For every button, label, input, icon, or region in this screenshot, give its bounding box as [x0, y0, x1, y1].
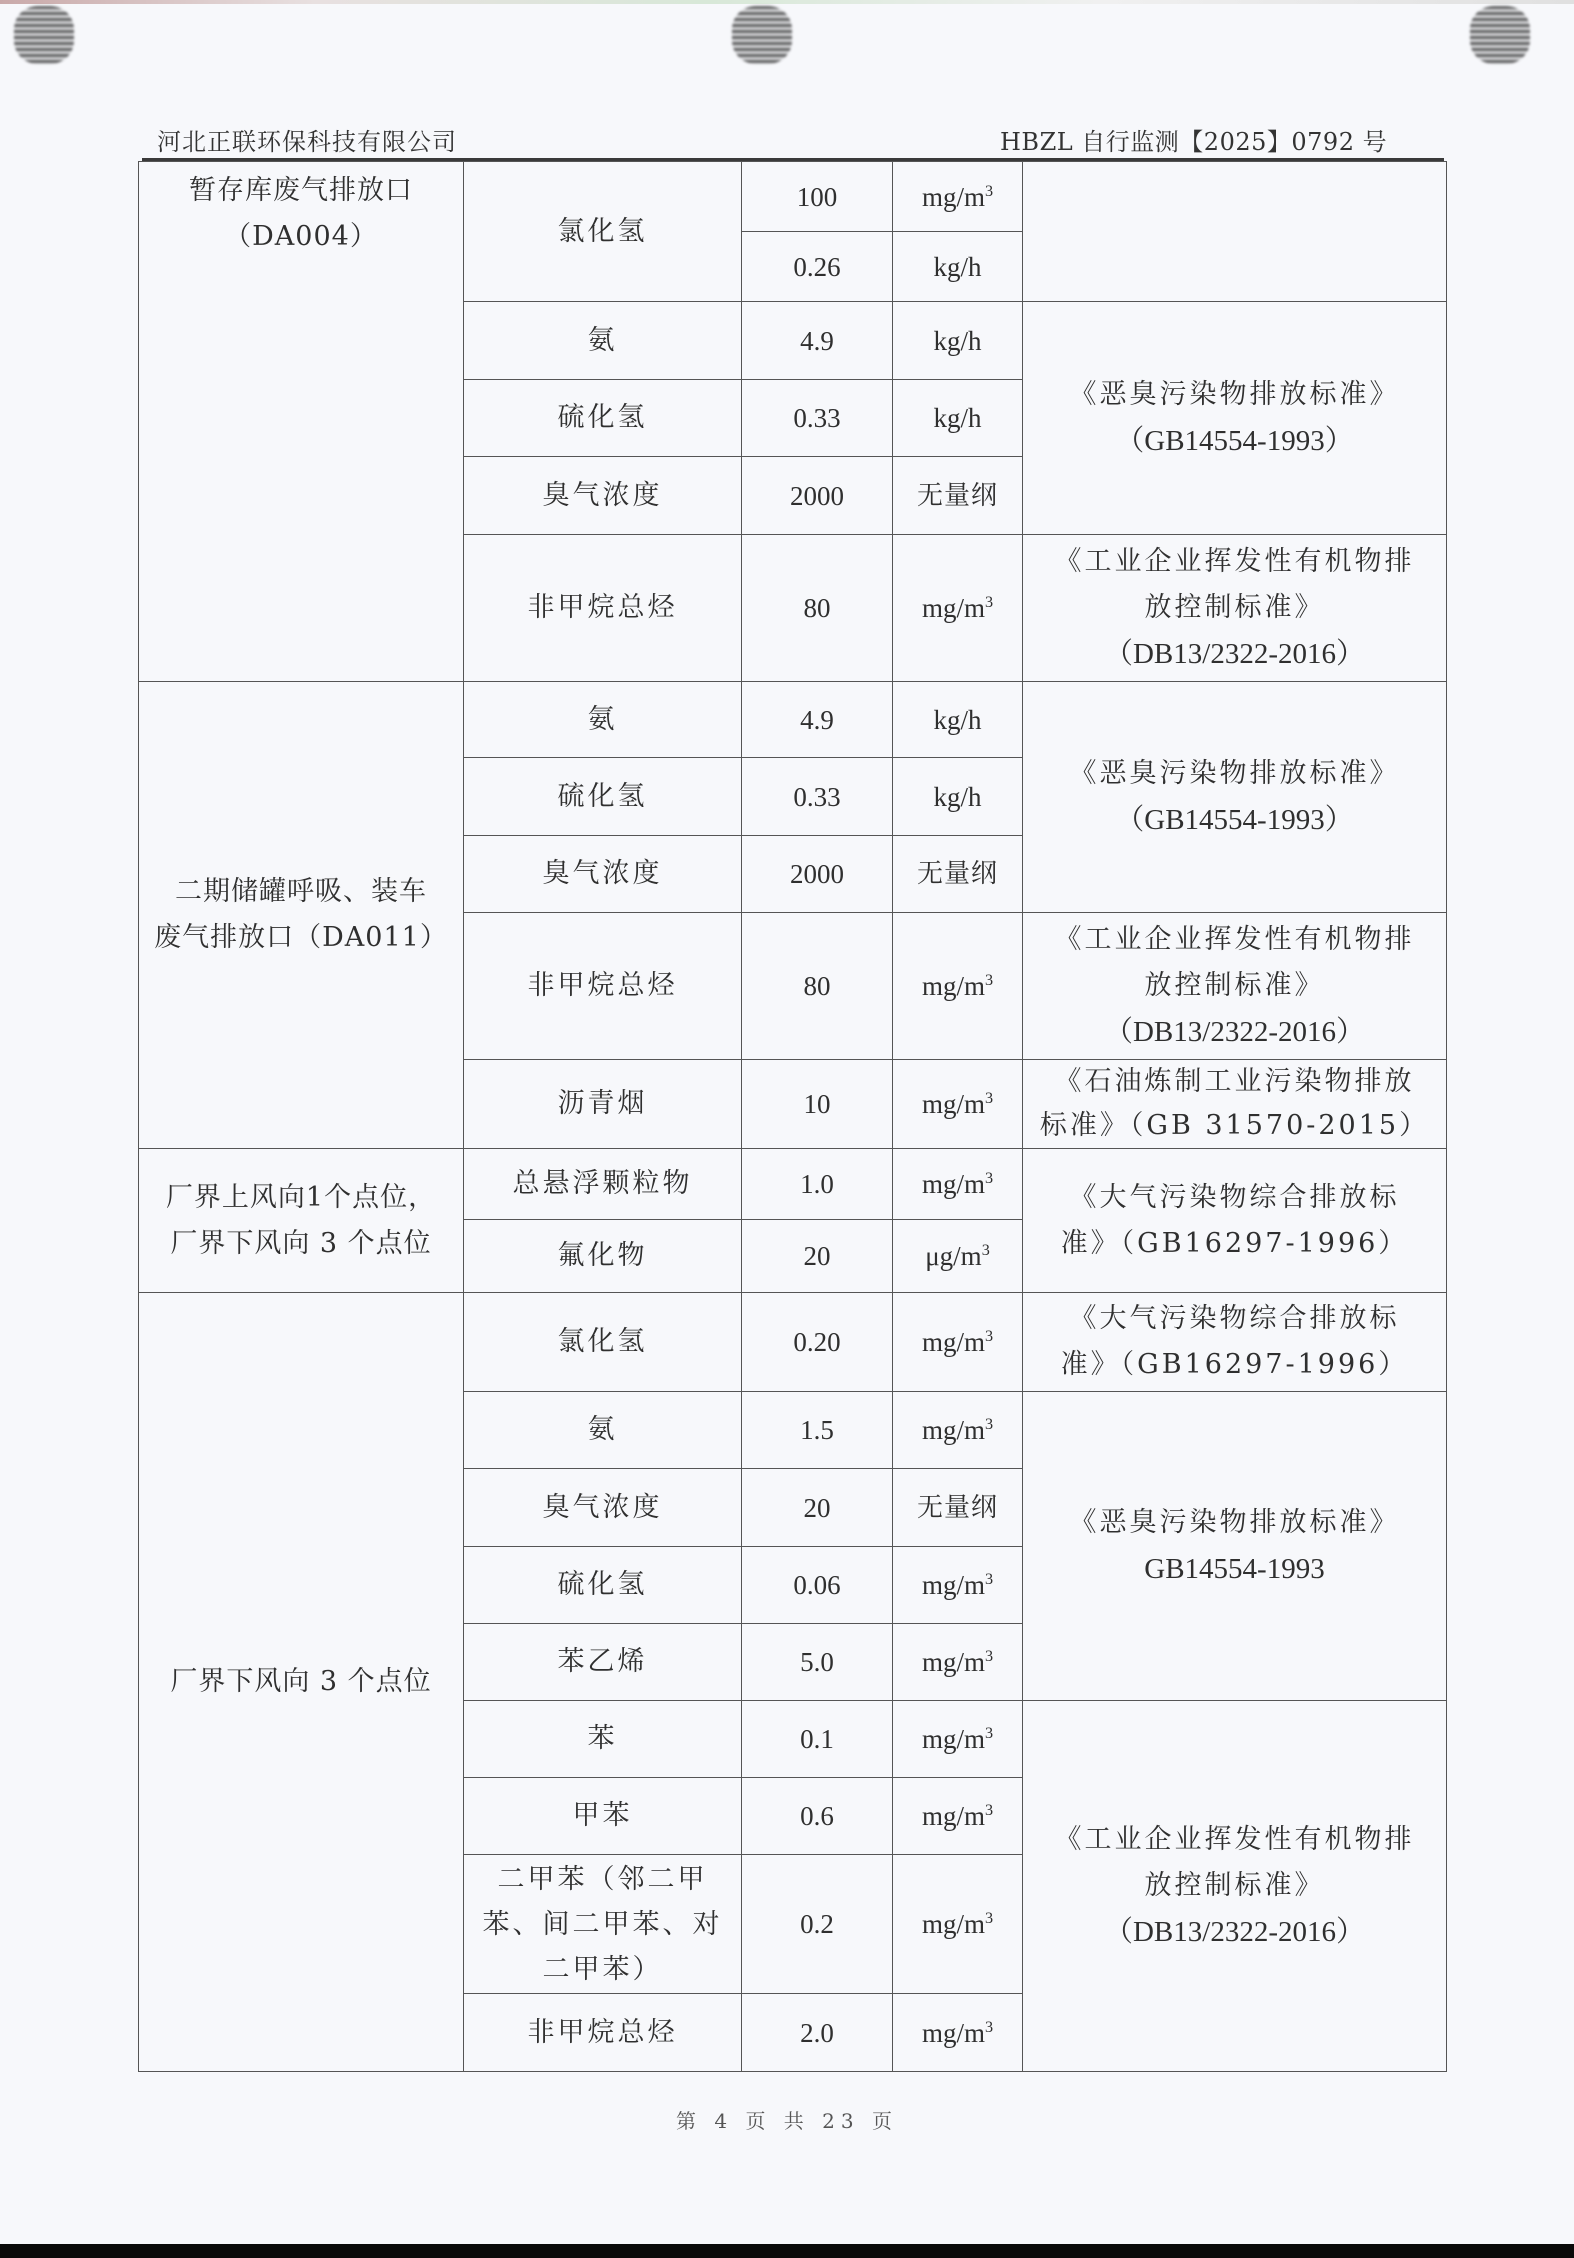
location-line: 厂界下风向 3 个点位	[145, 1221, 457, 1267]
limit-value: 10	[742, 1060, 893, 1149]
company-name: 河北正联环保科技有限公司	[157, 122, 457, 157]
unit: μg/m3	[893, 1220, 1023, 1293]
unit: kg/h	[893, 682, 1023, 758]
limit-value: 0.6	[742, 1778, 893, 1855]
unit: mg/m3	[893, 1855, 1023, 1994]
location-line: 废气排放口（DA011）	[145, 915, 457, 961]
unit: mg/m3	[893, 913, 1023, 1060]
location-line: 厂界上风向1个点位，	[145, 1175, 457, 1221]
pollutant-item: 非甲烷总烃	[464, 913, 742, 1060]
monitoring-location: 二期储罐呼吸、装车 废气排放口（DA011）	[139, 682, 464, 1149]
standard-reference: 《大气污染物综合排放标 准》（GB16297-1996）	[1023, 1293, 1447, 1392]
pollutant-item: 臭气浓度	[464, 457, 742, 535]
page-number: 第 4 页 共 23 页	[0, 2105, 1574, 2134]
location-line: 暂存库废气排放口	[145, 168, 457, 214]
limit-value: 100	[742, 162, 893, 232]
unit: mg/m3	[893, 1701, 1023, 1778]
report-number: HBZL 自行监测【2025】0792 号	[1000, 122, 1387, 157]
pollutant-item: 氨	[464, 682, 742, 758]
limit-value: 2000	[742, 836, 893, 913]
limit-value: 4.9	[742, 682, 893, 758]
table-row: 厂界下风向 3 个点位 氯化氢 0.20 mg/m3 《大气污染物综合排放标 准…	[139, 1293, 1447, 1392]
standard-reference: 《大气污染物综合排放标 准》（GB16297-1996）	[1023, 1149, 1447, 1293]
unit: mg/m3	[893, 1392, 1023, 1469]
unit: mg/m3	[893, 1293, 1023, 1392]
limit-value: 20	[742, 1469, 893, 1547]
standard-reference	[1023, 162, 1447, 302]
pollutant-item: 总悬浮颗粒物	[464, 1149, 742, 1220]
scan-edge	[0, 2244, 1574, 2258]
location-line: 二期储罐呼吸、装车	[145, 869, 457, 915]
standard-reference: 《恶臭污染物排放标准》 （GB14554-1993）	[1023, 682, 1447, 913]
limit-value: 1.0	[742, 1149, 893, 1220]
unit: mg/m3	[893, 1778, 1023, 1855]
limit-value: 0.33	[742, 380, 893, 457]
pollutant-item: 氯化氢	[464, 1293, 742, 1392]
unit: mg/m3	[893, 1624, 1023, 1701]
unit: kg/h	[893, 302, 1023, 380]
pollutant-item: 氨	[464, 302, 742, 380]
pollutant-item: 甲苯	[464, 1778, 742, 1855]
pollutant-item: 臭气浓度	[464, 1469, 742, 1547]
unit: mg/m3	[893, 1060, 1023, 1149]
pollutant-item: 硫化氢	[464, 380, 742, 457]
pollutant-item: 氨	[464, 1392, 742, 1469]
limit-value: 0.06	[742, 1547, 893, 1624]
standard-reference: 《工业企业挥发性有机物排 放控制标准》 （DB13/2322-2016）	[1023, 535, 1447, 682]
standard-reference: 《工业企业挥发性有机物排 放控制标准》 （DB13/2322-2016）	[1023, 1701, 1447, 2072]
pollutant-item: 非甲烷总烃	[464, 1994, 742, 2072]
limit-value: 1.5	[742, 1392, 893, 1469]
pollutant-item: 非甲烷总烃	[464, 535, 742, 682]
pollutant-item: 沥青烟	[464, 1060, 742, 1149]
unit: mg/m3	[893, 1547, 1023, 1624]
unit: kg/h	[893, 758, 1023, 836]
emission-standards-table: 暂存库废气排放口 （DA004） 氯化氢 100 mg/m3 0.26 kg/h…	[138, 161, 1447, 2072]
limit-value: 0.26	[742, 232, 893, 302]
location-line: 厂界下风向 3 个点位	[145, 1659, 457, 1705]
unit: kg/h	[893, 232, 1023, 302]
unit: mg/m3	[893, 162, 1023, 232]
pollutant-item: 臭气浓度	[464, 836, 742, 913]
limit-value: 80	[742, 535, 893, 682]
limit-value: 5.0	[742, 1624, 893, 1701]
pollutant-item: 二甲苯（邻二甲 苯、间二甲苯、对 二甲苯）	[464, 1855, 742, 1994]
pollutant-item: 苯	[464, 1701, 742, 1778]
monitoring-location: 厂界下风向 3 个点位	[139, 1293, 464, 2072]
binding-hole-mark	[14, 6, 74, 64]
unit: mg/m3	[893, 1149, 1023, 1220]
pollutant-item: 氟化物	[464, 1220, 742, 1293]
scan-edge	[0, 0, 1574, 4]
pollutant-item: 硫化氢	[464, 1547, 742, 1624]
standard-reference: 《恶臭污染物排放标准》 GB14554-1993	[1023, 1392, 1447, 1701]
pollutant-item: 氯化氢	[464, 162, 742, 302]
limit-value: 2.0	[742, 1994, 893, 2072]
pollutant-item: 硫化氢	[464, 758, 742, 836]
limit-value: 0.20	[742, 1293, 893, 1392]
standard-reference: 《石油炼制工业污染物排放 标准》（GB 31570-2015）	[1023, 1060, 1447, 1149]
table-row: 暂存库废气排放口 （DA004） 氯化氢 100 mg/m3	[139, 162, 1447, 232]
unit: mg/m3	[893, 535, 1023, 682]
location-line: （DA004）	[145, 214, 457, 260]
limit-value: 4.9	[742, 302, 893, 380]
table-row: 厂界上风向1个点位， 厂界下风向 3 个点位 总悬浮颗粒物 1.0 mg/m3 …	[139, 1149, 1447, 1220]
unit: kg/h	[893, 380, 1023, 457]
limit-value: 0.33	[742, 758, 893, 836]
unit: 无量纲	[893, 836, 1023, 913]
unit: mg/m3	[893, 1994, 1023, 2072]
unit: 无量纲	[893, 457, 1023, 535]
pollutant-item: 苯乙烯	[464, 1624, 742, 1701]
standard-reference: 《工业企业挥发性有机物排 放控制标准》 （DB13/2322-2016）	[1023, 913, 1447, 1060]
binding-hole-mark	[732, 6, 792, 64]
binding-hole-mark	[1470, 6, 1530, 64]
limit-value: 0.2	[742, 1855, 893, 1994]
monitoring-location: 暂存库废气排放口 （DA004）	[139, 162, 464, 682]
unit: 无量纲	[893, 1469, 1023, 1547]
standard-reference: 《恶臭污染物排放标准》 （GB14554-1993）	[1023, 302, 1447, 535]
limit-value: 2000	[742, 457, 893, 535]
limit-value: 80	[742, 913, 893, 1060]
table-row: 二期储罐呼吸、装车 废气排放口（DA011） 氨 4.9 kg/h 《恶臭污染物…	[139, 682, 1447, 758]
limit-value: 20	[742, 1220, 893, 1293]
monitoring-location: 厂界上风向1个点位， 厂界下风向 3 个点位	[139, 1149, 464, 1293]
limit-value: 0.1	[742, 1701, 893, 1778]
